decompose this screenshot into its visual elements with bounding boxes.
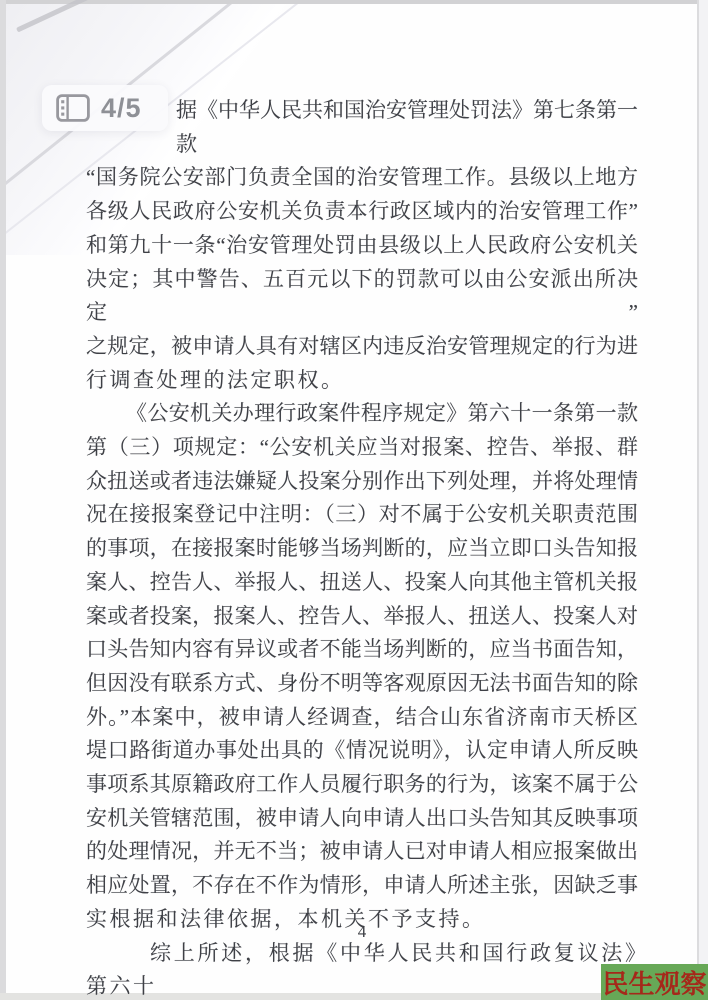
page-number: 4	[86, 922, 638, 942]
photo-top-edge	[0, 0, 708, 4]
doc-line: 之规定，被申请人具有对辖区内违反治安管理规定的行为进	[86, 330, 638, 364]
doc-line: 安机关管辖范围，被申请人向申请人出口头告知其反映事项	[86, 802, 638, 836]
doc-line: 相应处置，不存在不作为情形，申请人所述主张，因缺乏事	[86, 869, 638, 903]
doc-line: 各级人民政府公安机关负责本行政区域内的治安管理工作”	[86, 195, 638, 229]
watermark-badge: 民生观察	[601, 964, 708, 1000]
doc-line: 和第九十一条“治安管理处罚由县级以上人民政府公安机关	[86, 229, 638, 263]
document-photo: 4/5 据《中华人民共和国治安管理处罚法》第七条第一款 “国务院公安部门负责全国…	[0, 0, 708, 1000]
document-text: 据《中华人民共和国治安管理处罚法》第七条第一款 “国务院公安部门负责全国的治安管…	[86, 94, 638, 1000]
doc-line: 的事项，在接报案时能够当场判断的，应当立即口头告知报	[86, 532, 638, 566]
doc-line: 决定；其中警告、五百元以下的罚款可以由公安派出所决定”	[86, 263, 638, 330]
photo-left-edge	[0, 0, 6, 1000]
doc-line: 据《中华人民共和国治安管理处罚法》第七条第一款	[176, 94, 638, 161]
doc-line: “国务院公安部门负责全国的治安管理工作。县级以上地方	[86, 161, 638, 195]
pages-icon	[56, 94, 90, 122]
doc-line: 行调查处理的法定职权。	[86, 364, 638, 398]
doc-line: 《公安机关办理行政案件程序规定》第六十一条第一款	[86, 397, 638, 431]
doc-line: 众扭送或者违法嫌疑人投案分别作出下列处理，并将处理情	[86, 465, 638, 499]
doc-line: 但因没有联系方式、身份不明等客观原因无法书面告知的除	[86, 667, 638, 701]
doc-line: 的处理情况，并无不当；被申请人已对申请人相应报案做出	[86, 835, 638, 869]
doc-line: 事项系其原籍政府工作人员履行职务的行为，该案不属于公	[86, 768, 638, 802]
doc-line: 案或者投案，报案人、控告人、举报人、扭送人、投案人对	[86, 600, 638, 634]
doc-line: 外。”本案中，被申请人经调查，结合山东省济南市天桥区	[86, 701, 638, 735]
doc-line: 案人、控告人、举报人、扭送人、投案人向其他主管机关报	[86, 566, 638, 600]
doc-line: 况在接报案登记中注明：（三）对不属于公安机关职责范围	[86, 498, 638, 532]
page-indicator-badge: 4/5	[42, 85, 168, 131]
photo-right-margin	[699, 0, 708, 1000]
doc-line: 口头告知内容有异议或者不能当场判断的，应当书面告知，	[86, 633, 638, 667]
page-indicator-label: 4/5	[101, 93, 142, 124]
doc-line: 第（三）项规定：“公安机关应当对报案、控告、举报、群	[86, 431, 638, 465]
doc-line: 堤口路街道办事处出具的《情况说明》，认定申请人所反映	[86, 734, 638, 768]
doc-line: 综上所述，根据《中华人民共和国行政复议法》第六十	[86, 937, 638, 1000]
